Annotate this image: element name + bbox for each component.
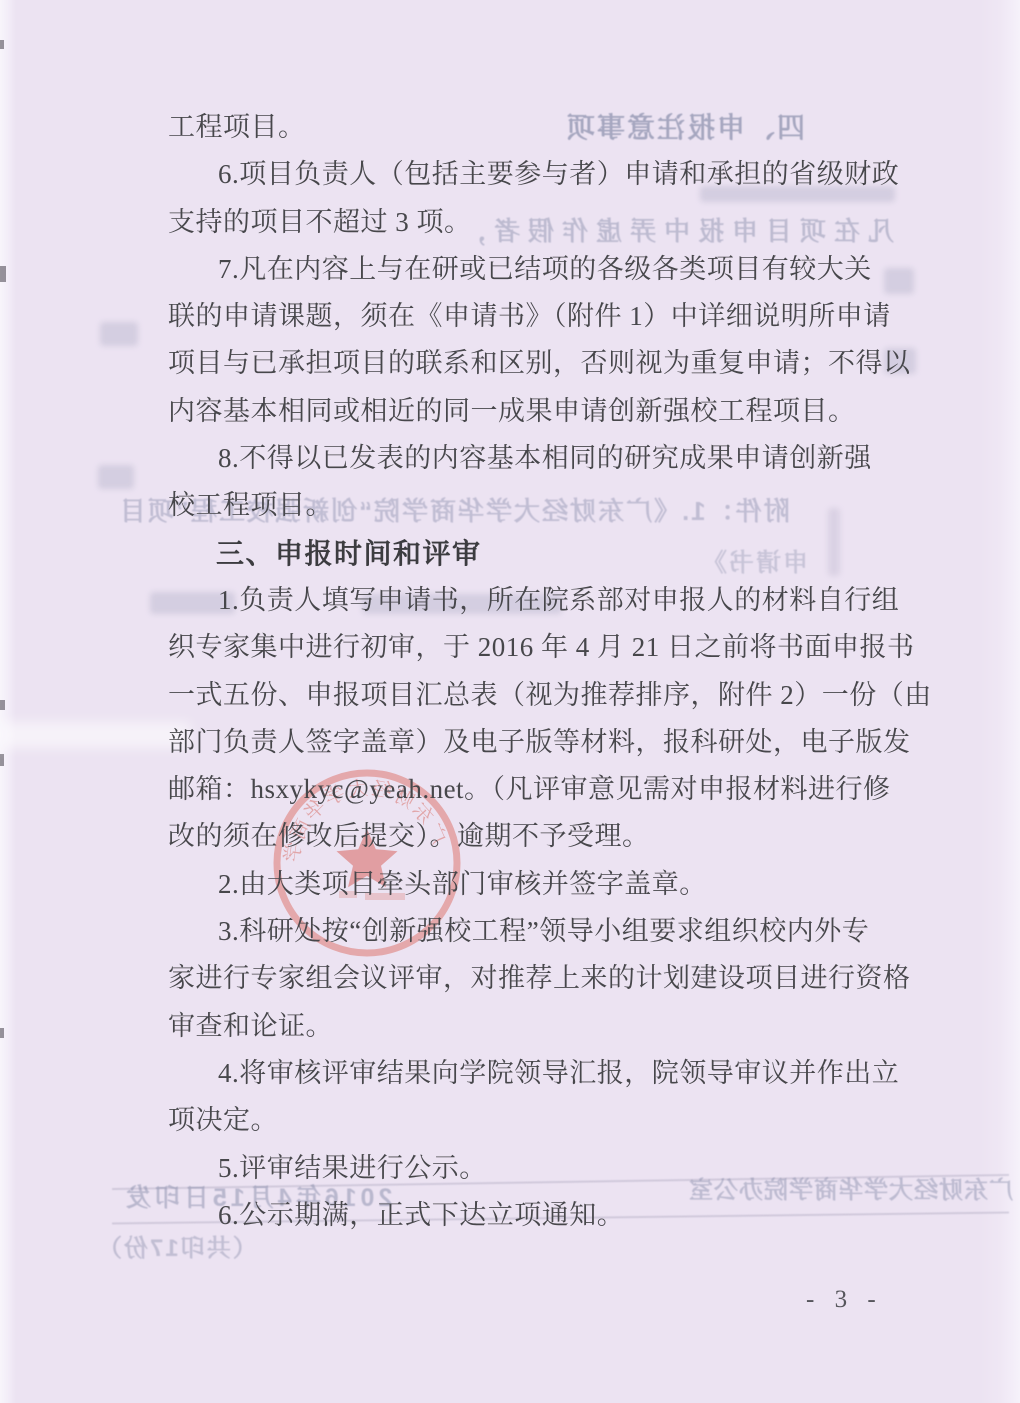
body-line: 1.负责人填写申请书，所在院系部对申报人的材料自行组 bbox=[168, 577, 888, 624]
body-line: 审查和论证。 bbox=[168, 1003, 888, 1050]
body-line: 支持的项目不超过 3 项。 bbox=[168, 199, 888, 246]
bleedthrough-smudge bbox=[98, 465, 134, 489]
body-line: 内容基本相同或相近的同一成果申请创新强校工程项目。 bbox=[168, 388, 888, 435]
body-line: 部门负责人签字盖章）及电子版等材料，报科研处，电子版发 bbox=[168, 719, 888, 766]
body-line: 3.科研处按“创新强校工程”领导小组要求组织校内外专 bbox=[168, 908, 888, 955]
body-line: 7.凡在内容上与在研或已结项的各级各类项目有较大关 bbox=[168, 246, 888, 293]
body-line: 项决定。 bbox=[168, 1097, 888, 1144]
document-body: 工程项目。 6.项目负责人（包括主要参与者）申请和承担的省级财政 支持的项目不超… bbox=[168, 104, 888, 1239]
body-line: 4.将审核评审结果向学院领导汇报，院领导审议并作出立 bbox=[168, 1050, 888, 1097]
body-line: 6.公示期满，正式下达立项通知。 bbox=[168, 1192, 888, 1239]
scanned-document-page: 四、申报注意事项 凡在项目申报中弄虚作假者， 附件：1.《广东财经大学华商学院“… bbox=[0, 0, 1020, 1403]
body-line: 8.不得以已发表的内容基本相同的研究成果申请创新强 bbox=[168, 435, 888, 482]
section-heading: 三、申报时间和评审 bbox=[168, 530, 888, 577]
scan-edge-artifact bbox=[0, 700, 5, 710]
body-line: 联的申请课题，须在《申请书》（附件 1）中详细说明所申请 bbox=[168, 293, 888, 340]
body-line: 邮箱：hsxykyc@yeah.net。（凡评审意见需对申报材料进行修 bbox=[168, 766, 888, 813]
scan-edge-artifact bbox=[0, 1028, 4, 1038]
body-line: 织专家集中进行初审，于 2016 年 4 月 21 日之前将书面申报书 bbox=[168, 624, 888, 671]
body-line: 改的须在修改后提交）。逾期不予受理。 bbox=[168, 813, 888, 860]
paper-crease bbox=[0, 722, 190, 748]
body-line: 一式五份、申报项目汇总表（视为推荐排序，附件 2）一份（由 bbox=[168, 672, 888, 719]
scan-edge-artifact bbox=[0, 40, 4, 49]
body-line: 校工程项目。 bbox=[168, 482, 888, 529]
bleedthrough-smudge bbox=[884, 268, 914, 294]
body-line: 6.项目负责人（包括主要参与者）申请和承担的省级财政 bbox=[168, 151, 888, 198]
body-line: 工程项目。 bbox=[168, 104, 888, 151]
scan-edge-artifact bbox=[0, 266, 6, 282]
body-line: 5.评审结果进行公示。 bbox=[168, 1145, 888, 1192]
body-line: 家进行专家组会议评审，对推荐上来的计划建设项目进行资格 bbox=[168, 955, 888, 1002]
page-number: - 3 - bbox=[806, 1286, 883, 1314]
body-line: 2.由大类项目牵头部门审核并签字盖章。 bbox=[168, 861, 888, 908]
scan-edge-artifact bbox=[0, 754, 4, 766]
body-line: 项目与已承担项目的联系和区别，否则视为重复申请；不得以 bbox=[168, 340, 888, 387]
bleedthrough-smudge bbox=[100, 322, 138, 346]
